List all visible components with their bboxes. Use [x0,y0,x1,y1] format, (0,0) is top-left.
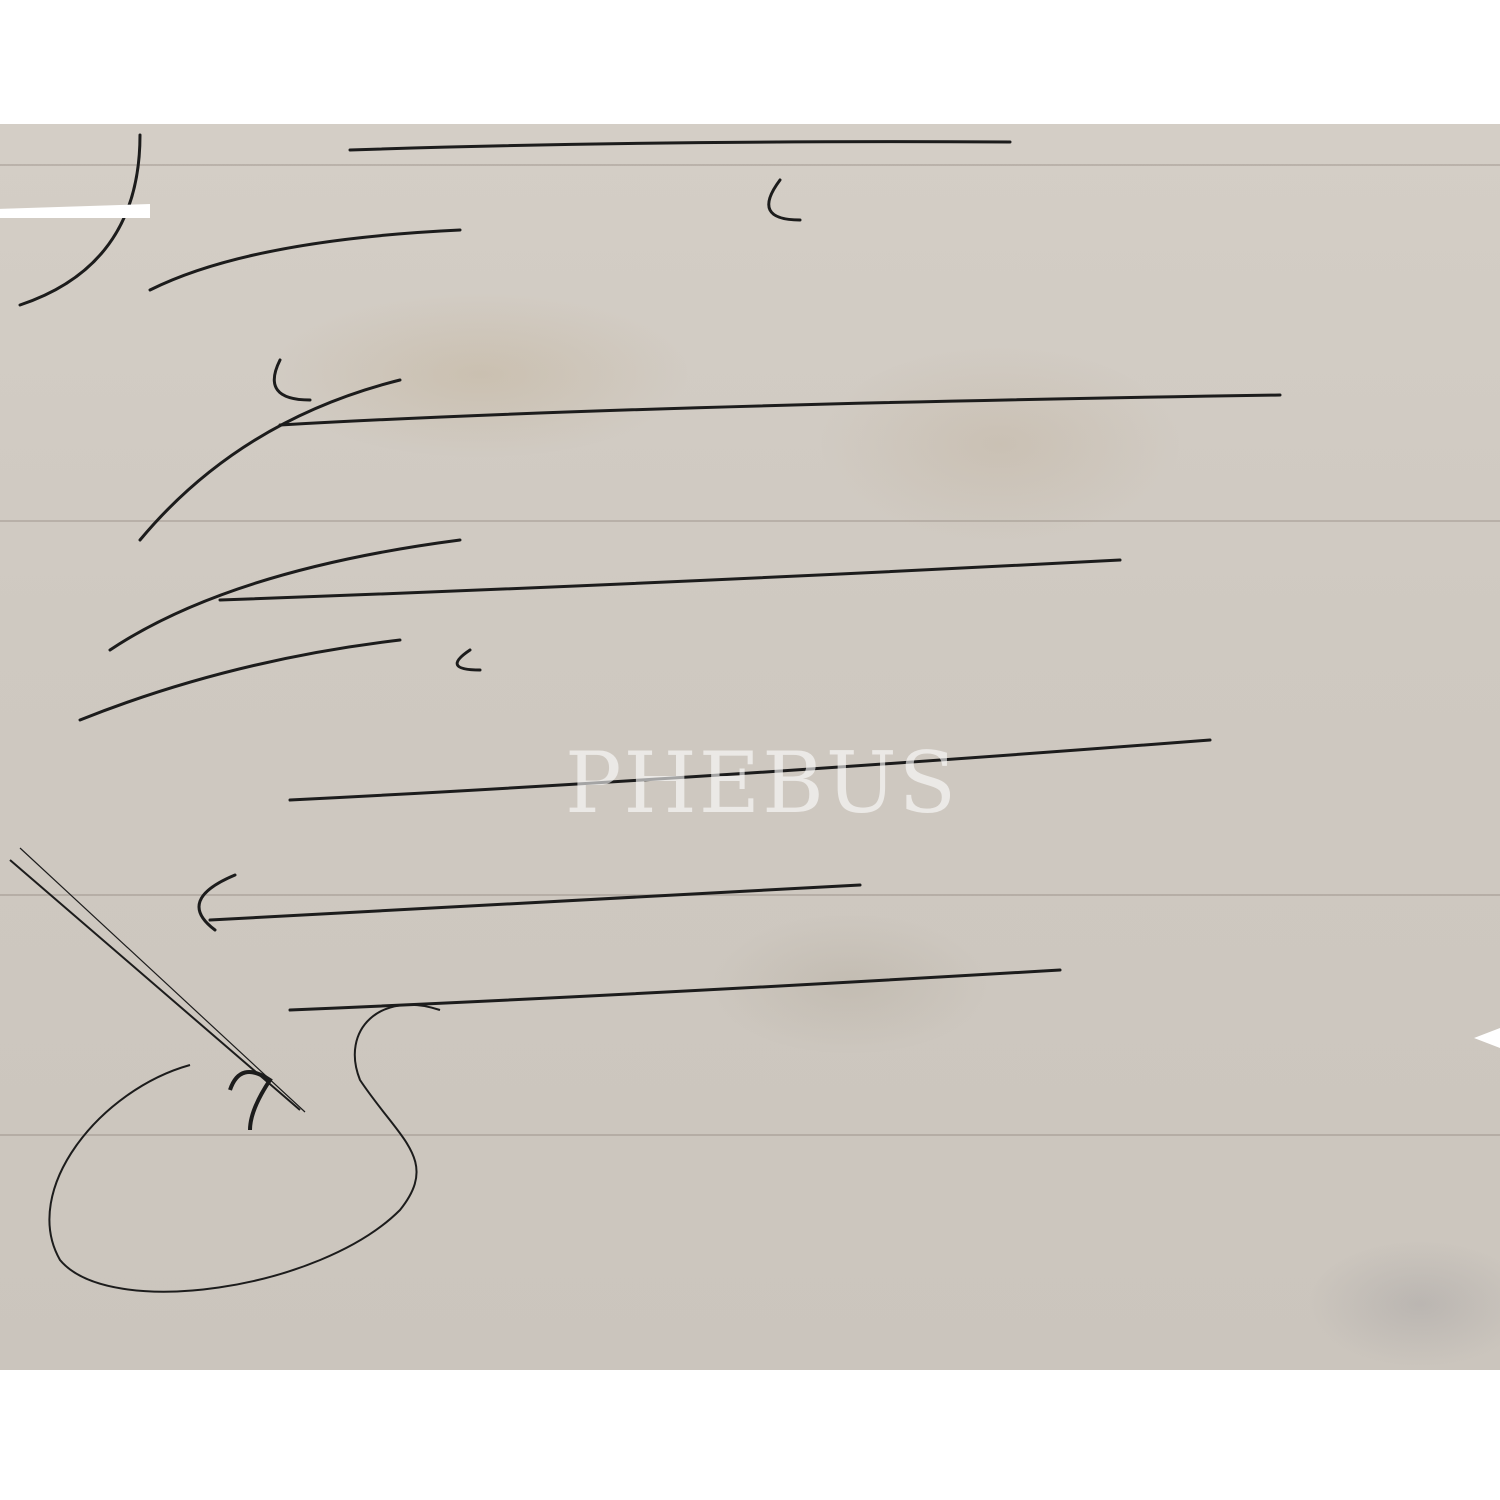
signature-loop [10,848,440,1292]
watermark: PHEBUS [565,738,935,828]
